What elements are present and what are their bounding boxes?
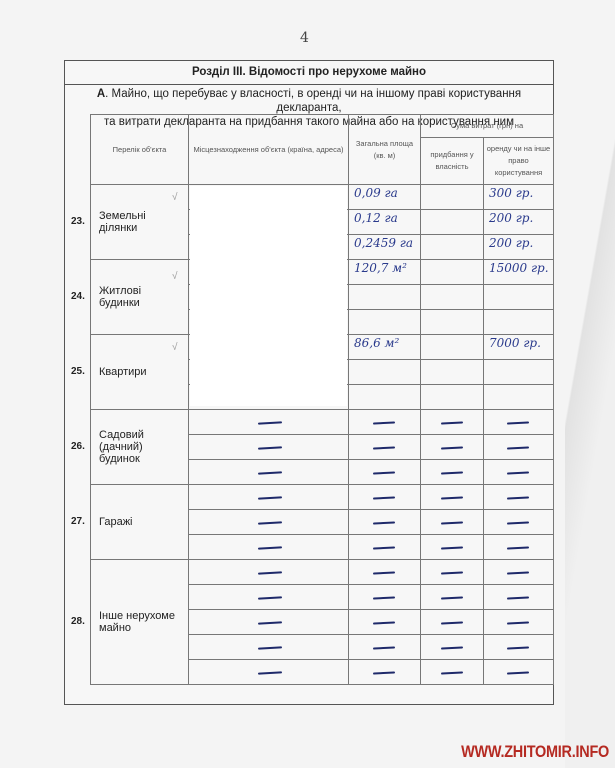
area-cell: [348, 384, 421, 410]
handwritten-rent: 15000 гр.: [489, 261, 549, 275]
watermark: WWW.ZHITOMIR.INFO: [461, 742, 609, 762]
handwritten-area: 0,2459 га: [354, 236, 413, 250]
handwritten-rent: 200 гр.: [489, 236, 533, 250]
page-edge-shadow: [565, 0, 615, 768]
section-frame: Розділ III. Відомості про нерухоме майно…: [64, 60, 554, 705]
header-location: Місцезнаходження об'єкта (країна, адреса…: [188, 114, 349, 185]
row-number: 28.: [71, 616, 85, 627]
row-label: Квартири: [99, 366, 184, 378]
header-purchase: придбання у власність: [420, 137, 484, 185]
rent-cell: [483, 284, 554, 310]
check-mark-23-icon: √: [172, 192, 178, 203]
row-label-cell: Гаражі: [90, 484, 189, 560]
row-number: 26.: [71, 441, 85, 452]
area-cell: [348, 309, 421, 335]
header-area: Загальна площа (кв. м): [348, 114, 421, 185]
row-number: 27.: [71, 516, 85, 527]
page-number: 4: [300, 30, 309, 46]
purchase-cell: [420, 284, 484, 310]
subsection-text-line1: . Майно, що перебуває у власності, в оре…: [105, 88, 521, 114]
purchase-cell: [420, 259, 484, 285]
purchase-cell: [420, 334, 484, 360]
header-object-list: Перелік об'єкта: [90, 114, 189, 185]
purchase-cell: [420, 209, 484, 235]
area-cell: [348, 284, 421, 310]
handwritten-area: 120,7 м²: [354, 261, 407, 275]
section-title: Розділ III. Відомості про нерухоме майно: [65, 61, 553, 85]
handwritten-rent: 7000 гр.: [489, 336, 541, 350]
handwritten-area: 0,09 га: [354, 186, 398, 200]
row-number: 24.: [71, 291, 85, 302]
handwritten-area: 86,6 м²: [354, 336, 399, 350]
handwritten-area: 0,12 га: [354, 211, 398, 225]
row-label: Земельні ділянки: [99, 210, 184, 234]
row-label-cell: Садовий (дачний) будинок: [90, 409, 189, 485]
purchase-cell: [420, 184, 484, 210]
row-label: Інше нерухоме майно: [99, 610, 184, 634]
rent-cell: [483, 309, 554, 335]
area-cell: [348, 359, 421, 385]
rent-cell: [483, 359, 554, 385]
row-label: Гаражі: [99, 516, 184, 528]
handwritten-rent: 300 гр.: [489, 186, 533, 200]
row-label-cell: Інше нерухоме майно: [90, 559, 189, 685]
check-mark-24-icon: √: [172, 271, 178, 282]
header-expenses-group: Сума витрат (грн) на: [420, 114, 554, 138]
check-mark-25-icon: √: [172, 342, 178, 353]
row-label: Житлові будинки: [99, 285, 184, 309]
purchase-cell: [420, 359, 484, 385]
purchase-cell: [420, 384, 484, 410]
row-number: 23.: [71, 216, 85, 227]
header-rent: оренду чи на інше право користування: [483, 137, 554, 185]
rent-cell: [483, 384, 554, 410]
purchase-cell: [420, 309, 484, 335]
purchase-cell: [420, 234, 484, 260]
row-number: 25.: [71, 366, 85, 377]
handwritten-rent: 200 гр.: [489, 211, 533, 225]
row-label: Садовий (дачний) будинок: [99, 429, 184, 465]
redacted-address-block: [190, 186, 347, 406]
subsection-letter: А: [97, 88, 105, 100]
